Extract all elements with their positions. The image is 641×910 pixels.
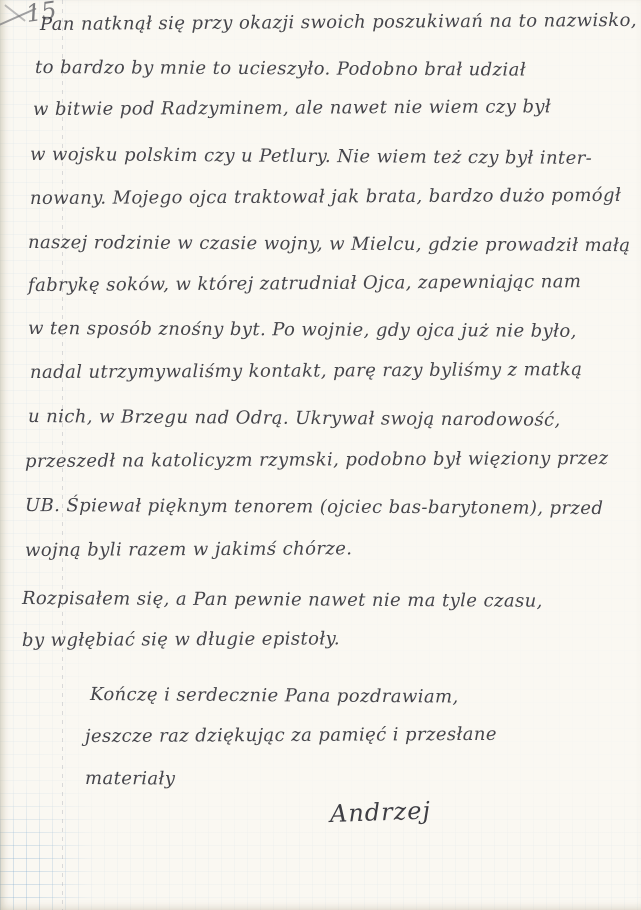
letter-line: przeszedł na katolicyzm rzymski, podobno… [25,448,609,472]
letter-line: wojną byli razem w jakimś chórze. [25,538,352,561]
letter-page: 15 Pan natknął się przy okazji swoich po… [0,0,641,910]
closing-line: jeszcze raz dziękując za pamięć i przesł… [85,724,497,747]
letter-line: Rozpisałem się, a Pan pewnie nawet nie m… [22,588,543,612]
letter-line: w wojsku polskim czy u Petlury. Nie wiem… [30,144,592,169]
letter-line: u nich, w Brzegu nad Odrą. Ukrywał swoją… [28,406,561,431]
letter-line: nadal utrzymywaliśmy kontakt, parę razy … [30,359,582,383]
closing-line: Kończę i serdecznie Pana pozdrawiam, [90,684,459,708]
letter-line: UB. Śpiewał pięknym tenorem (ojciec bas-… [25,495,603,519]
letter-line: nowany. Mojego ojca traktował jak brata,… [30,185,621,209]
letter-line: w bitwie pod Radzyminem, ale nawet nie w… [33,96,551,120]
letter-line: Pan natknął się przy okazji swoich poszu… [40,10,637,35]
signature: Andrzej [330,796,432,828]
letter-line: naszej rodzinie w czasie wojny, w Mielcu… [28,232,631,256]
letter-line: by wgłębiać się w długie epistoły. [22,628,340,651]
closing-line: materiały [85,768,175,789]
letter-line: fabrykę soków, w której zatrudniał Ojca,… [28,271,581,296]
letter-line: to bardzo by mnie to ucieszyło. Podobno … [35,57,526,81]
letter-line: w ten sposób znośny byt. Po wojnie, gdy … [28,318,577,342]
